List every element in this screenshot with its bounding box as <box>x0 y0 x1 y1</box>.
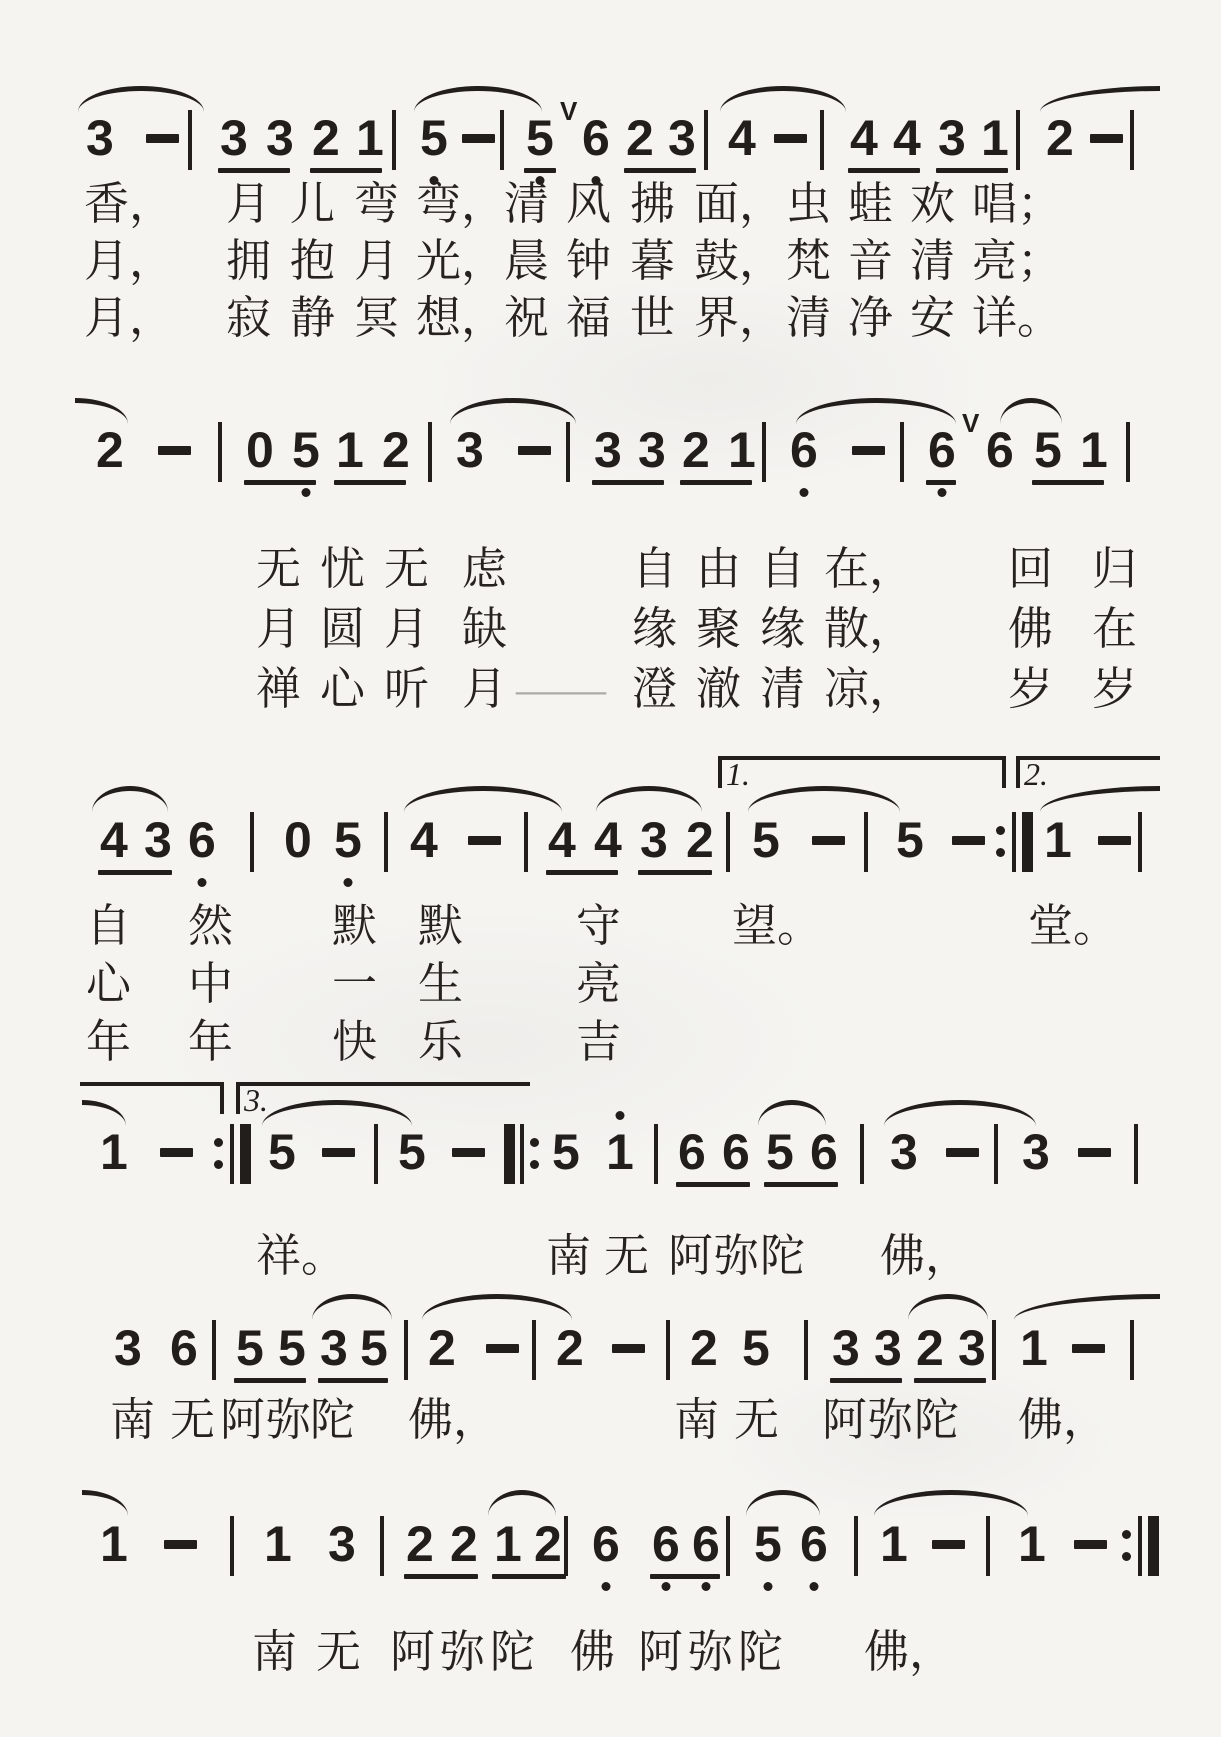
barline <box>854 1516 858 1576</box>
lyric-char: 乐 <box>418 1018 463 1066</box>
repeat-dot <box>996 826 1005 835</box>
note-digit: 3 <box>114 1322 142 1374</box>
slur <box>884 1100 1036 1126</box>
note-digit: 3 <box>638 424 666 476</box>
underline-beam <box>1032 480 1104 485</box>
low-octave-dot <box>701 1582 710 1591</box>
note-digit: 6 <box>692 1518 720 1570</box>
repeat-dot <box>214 1160 223 1169</box>
note-digit: 1 <box>494 1518 522 1570</box>
duration-dash <box>612 1344 645 1353</box>
note-digit: 3 <box>594 424 622 476</box>
duration-dash <box>812 836 845 845</box>
lyric-char: 生 <box>418 960 463 1008</box>
lyric-char: 亮； <box>972 237 1062 285</box>
note-digit: 3 <box>874 1322 902 1374</box>
lyric-char: 虫 <box>786 180 831 228</box>
lyric-char: 净 <box>848 294 893 342</box>
note-digit: 2 <box>626 112 654 164</box>
duration-dash <box>932 1540 965 1549</box>
underline-beam <box>318 1378 388 1383</box>
underline-beam <box>244 480 316 485</box>
note-digit: 5 <box>420 112 448 164</box>
note-digit: 2 <box>312 112 340 164</box>
lyric-char: 月 <box>226 180 271 228</box>
note-digit: 5 <box>1034 424 1062 476</box>
lyric-char: 月 <box>256 605 301 653</box>
lyric-char: 堂。 <box>1028 902 1118 950</box>
note-digit: 1 <box>100 1126 128 1178</box>
barline <box>564 1516 568 1576</box>
duration-dash <box>774 134 807 143</box>
lyric-char: 聚 <box>696 605 741 653</box>
underline-beam <box>848 168 920 173</box>
lyric-char: 陀 <box>738 1628 783 1676</box>
lyric-char: 陀 <box>914 1396 959 1444</box>
barline <box>1130 1320 1134 1380</box>
underline-beam <box>914 1378 986 1383</box>
lyric-char: 详。 <box>972 294 1062 342</box>
duration-dash <box>158 446 191 455</box>
duration-dash <box>146 134 179 143</box>
note-digit: 2 <box>96 424 124 476</box>
underline-beam <box>98 870 172 875</box>
slur <box>75 398 128 424</box>
note-digit: 4 <box>100 814 128 866</box>
underline-beam <box>936 168 1008 173</box>
barline <box>250 812 254 872</box>
underline-beam <box>764 1182 838 1187</box>
lyric-char: 归 <box>1092 545 1137 593</box>
note-digit: 3 <box>938 112 966 164</box>
lyric-char: 默 <box>332 902 377 950</box>
repeat-dot <box>1122 1552 1131 1561</box>
lyric-char: 陀 <box>760 1232 805 1280</box>
lyric-char: 守 <box>576 902 621 950</box>
lyric-char: 陀 <box>490 1628 535 1676</box>
duration-dash <box>468 836 501 845</box>
barline <box>900 422 904 482</box>
lyric-char: 拂 <box>630 180 675 228</box>
duration-dash <box>452 1148 485 1157</box>
lyric-char: 默 <box>418 902 463 950</box>
lyric-char: 世 <box>630 294 675 342</box>
repeat-dot <box>530 1160 539 1169</box>
repeat-end-thick-bar <box>240 1124 251 1184</box>
duration-dash <box>952 836 985 845</box>
slur <box>908 1294 988 1320</box>
lyric-char: 南 <box>546 1232 591 1280</box>
underline-beam <box>334 480 406 485</box>
lyric-char: 鼓， <box>694 237 784 285</box>
slur <box>78 86 204 112</box>
lyric-char: 暮 <box>630 237 675 285</box>
duration-dash <box>946 1148 979 1157</box>
slur <box>1040 86 1160 112</box>
note-digit: 5 <box>766 1126 794 1178</box>
duration-dash <box>1074 1540 1107 1549</box>
slur <box>796 398 956 424</box>
lyric-char: 澈 <box>696 665 741 713</box>
lyric-char: 清 <box>504 180 549 228</box>
lyric-char: 佛 <box>1008 605 1053 653</box>
barline <box>218 422 222 482</box>
low-octave-dot <box>661 1582 670 1591</box>
note-digit: 3 <box>1022 1126 1050 1178</box>
note-digit: 6 <box>928 424 956 476</box>
low-octave-dot <box>601 1582 610 1591</box>
barline <box>762 422 766 482</box>
volta-left-tick <box>1016 756 1020 788</box>
lyric-char: 钟 <box>566 237 611 285</box>
note-digit: 3 <box>958 1322 986 1374</box>
lyric-char: 听 <box>384 665 429 713</box>
duration-dash <box>160 1148 193 1157</box>
note-digit: 3 <box>640 814 668 866</box>
note-digit: 4 <box>850 112 878 164</box>
lyric-char: 快 <box>332 1018 377 1066</box>
underline-beam <box>638 870 712 875</box>
lyric-char: 月， <box>84 237 174 285</box>
lyric-char: 在， <box>824 545 914 593</box>
note-digit: 5 <box>360 1322 388 1374</box>
note-digit: 5 <box>752 814 780 866</box>
lyric-char: 安 <box>910 294 955 342</box>
repeat-end-thin-bar <box>1012 812 1016 872</box>
note-digit: 6 <box>722 1126 750 1178</box>
lyric-char: 佛 <box>570 1628 615 1676</box>
repeat-start-thin-bar <box>520 1124 524 1184</box>
slur <box>874 1490 1028 1516</box>
note-digit: 2 <box>682 424 710 476</box>
barline <box>1130 110 1134 170</box>
note-digit: 5 <box>292 424 320 476</box>
lyric-char: 月， <box>84 294 174 342</box>
lyric-char: 清 <box>760 665 805 713</box>
lyric-char: 唱； <box>972 180 1062 228</box>
lyric-char: 无 <box>256 545 301 593</box>
lyric-char: 由 <box>696 545 741 593</box>
lyric-char: 亮 <box>576 960 621 1008</box>
volta-right-tick <box>220 1082 224 1114</box>
lyric-char: —— <box>516 665 606 713</box>
sheet-music-page: 3332155V623444312香，月儿弯弯，清风拂面，虫蛙欢唱；月，拥抱月光… <box>0 0 1221 1737</box>
barline <box>374 1124 378 1184</box>
lyric-char: 光， <box>416 237 506 285</box>
note-digit: 3 <box>328 1518 356 1570</box>
lyric-char: 阿 <box>220 1396 265 1444</box>
volta-left-tick <box>718 756 722 788</box>
note-digit: 2 <box>916 1322 944 1374</box>
underline-beam <box>234 1378 306 1383</box>
slur <box>82 1490 128 1516</box>
lyric-char: 欢 <box>910 180 955 228</box>
lyric-char: 佛， <box>1018 1396 1108 1444</box>
note-digit: 5 <box>552 1126 580 1178</box>
note-digit: 2 <box>534 1518 562 1570</box>
note-digit: 6 <box>810 1126 838 1178</box>
note-digit: 3 <box>266 112 294 164</box>
lyric-char: 佛， <box>408 1396 498 1444</box>
lyric-char: 弯 <box>354 180 399 228</box>
barline <box>566 422 570 482</box>
lyric-char: 凉， <box>824 665 914 713</box>
lyric-char: 月 <box>462 665 507 713</box>
note-digit: 1 <box>100 1518 128 1570</box>
lyric-char: 无 <box>734 1396 779 1444</box>
barline <box>666 1320 670 1380</box>
lyric-char: 弥 <box>440 1628 485 1676</box>
volta-label: 2. <box>1024 758 1048 790</box>
note-digit: 1 <box>981 112 1009 164</box>
lyric-char: 缺 <box>462 605 507 653</box>
underline-beam <box>680 480 752 485</box>
lyric-char: 冥 <box>354 294 399 342</box>
duration-dash <box>852 446 885 455</box>
underline-beam <box>310 168 382 173</box>
lyric-char: 一 <box>332 960 377 1008</box>
lyric-char: 岁 <box>1008 665 1053 713</box>
barline <box>654 1124 658 1184</box>
lyric-char: 拥 <box>226 237 271 285</box>
lyric-char: 然 <box>188 902 233 950</box>
note-digit: 1 <box>1020 1322 1048 1374</box>
lyric-char: 缘 <box>760 605 805 653</box>
lyric-char: 风 <box>566 180 611 228</box>
lyric-char: 回 <box>1008 545 1053 593</box>
low-octave-dot <box>799 488 808 497</box>
lyric-char: 虑 <box>462 545 507 593</box>
note-digit: 2 <box>690 1322 718 1374</box>
duration-dash <box>1090 134 1123 143</box>
barline <box>1138 812 1142 872</box>
lyric-char: 梵 <box>786 237 831 285</box>
barline <box>704 110 708 170</box>
lyric-char: 散， <box>824 605 914 653</box>
lyric-char: 中 <box>188 960 233 1008</box>
duration-dash <box>462 134 495 143</box>
lyric-char: 祝 <box>504 294 549 342</box>
low-octave-dot <box>343 878 352 887</box>
lyric-char: 南 <box>674 1396 719 1444</box>
note-digit: 2 <box>1046 112 1074 164</box>
breath-mark-icon: V <box>962 410 979 436</box>
barline <box>820 110 824 170</box>
lyric-char: 在 <box>1092 605 1137 653</box>
note-digit: 2 <box>428 1322 456 1374</box>
note-digit: 2 <box>556 1322 584 1374</box>
slur <box>422 1294 572 1320</box>
slur <box>488 1490 556 1516</box>
note-digit: 4 <box>410 814 438 866</box>
slur <box>414 86 542 112</box>
volta-label: 1. <box>726 758 750 790</box>
lyric-char: 阿 <box>390 1628 435 1676</box>
duration-dash <box>322 1148 355 1157</box>
underline-beam <box>218 168 290 173</box>
lyric-char: 圆 <box>320 605 365 653</box>
note-digit: 5 <box>526 112 554 164</box>
slur <box>720 86 846 112</box>
high-octave-dot <box>615 1111 624 1120</box>
slur <box>596 786 702 812</box>
note-digit: 1 <box>1044 814 1072 866</box>
barline <box>1134 1124 1138 1184</box>
barline <box>428 422 432 482</box>
lyric-char: 无 <box>316 1628 361 1676</box>
barline <box>392 110 396 170</box>
duration-dash <box>1072 1344 1105 1353</box>
note-digit: 6 <box>170 1322 198 1374</box>
repeat-end-thin-bar <box>230 1124 234 1184</box>
note-digit: 3 <box>144 814 172 866</box>
lyric-char: 年 <box>86 1018 131 1066</box>
note-digit: 2 <box>382 424 410 476</box>
lyric-char: 弥 <box>868 1396 913 1444</box>
underline-beam <box>676 1182 750 1187</box>
note-digit: 5 <box>334 814 362 866</box>
slur <box>1014 1294 1160 1320</box>
barline <box>986 1516 990 1576</box>
barline <box>994 1124 998 1184</box>
note-digit: 5 <box>398 1126 426 1178</box>
note-digit: 1 <box>880 1518 908 1570</box>
barline <box>404 1320 408 1380</box>
note-digit: 4 <box>548 814 576 866</box>
lyric-char: 阿 <box>668 1232 713 1280</box>
note-digit: 1 <box>728 424 756 476</box>
note-digit: 1 <box>336 424 364 476</box>
lyric-char: 阿 <box>822 1396 867 1444</box>
lyric-char: 缘 <box>632 605 677 653</box>
lyric-char: 望。 <box>732 902 822 950</box>
lyric-char: 想， <box>416 294 506 342</box>
note-digit: 3 <box>86 112 114 164</box>
breath-mark-icon: V <box>560 98 577 124</box>
note-digit: 3 <box>320 1322 348 1374</box>
volta-bracket <box>80 1082 224 1116</box>
lyric-char: 弥 <box>266 1396 311 1444</box>
underline-beam <box>546 870 618 875</box>
lyric-char: 澄 <box>632 665 677 713</box>
duration-dash <box>1078 1148 1111 1157</box>
volta-label: 3. <box>244 1084 268 1116</box>
low-octave-dot <box>763 1582 772 1591</box>
lyric-char: 自 <box>632 545 677 593</box>
lyric-char: 佛， <box>864 1628 954 1676</box>
lyric-char: 月 <box>384 605 429 653</box>
note-digit: 5 <box>742 1322 770 1374</box>
underline-beam <box>404 1574 478 1579</box>
lyric-char: 弯， <box>416 180 506 228</box>
lyric-char: 祥。 <box>256 1232 346 1280</box>
barline <box>1016 110 1020 170</box>
lyric-char: 月 <box>354 237 399 285</box>
barline <box>500 110 504 170</box>
note-digit: 6 <box>790 424 818 476</box>
volta-bracket: 3. <box>236 1082 530 1116</box>
slur <box>312 1294 392 1320</box>
note-digit: 3 <box>832 1322 860 1374</box>
duration-dash <box>164 1540 197 1549</box>
note-digit: 1 <box>1018 1518 1046 1570</box>
volta-bracket: 2. <box>1016 756 1160 790</box>
lyric-char: 陀 <box>310 1396 355 1444</box>
lyric-char: 岁 <box>1092 665 1137 713</box>
barline <box>230 1516 234 1576</box>
barline <box>864 812 868 872</box>
lyric-char: 晨 <box>504 237 549 285</box>
barline <box>524 812 528 872</box>
note-digit: 5 <box>268 1126 296 1178</box>
lyric-char: 寂 <box>226 294 271 342</box>
barline <box>1126 422 1130 482</box>
volta-left-tick <box>236 1082 240 1114</box>
barline <box>992 1320 996 1380</box>
lyric-char: 心 <box>320 665 365 713</box>
lyric-char: 面， <box>694 180 784 228</box>
note-digit: 5 <box>896 814 924 866</box>
note-digit: 6 <box>188 814 216 866</box>
slur <box>450 398 576 424</box>
note-digit: 6 <box>800 1518 828 1570</box>
lyric-char: 清 <box>910 237 955 285</box>
repeat-dot <box>996 848 1005 857</box>
lyric-char: 年 <box>188 1018 233 1066</box>
lyric-char: 南 <box>252 1628 297 1676</box>
lyric-char: 无 <box>170 1396 215 1444</box>
note-digit: 3 <box>668 112 696 164</box>
note-digit: 4 <box>594 814 622 866</box>
note-digit: 4 <box>728 112 756 164</box>
lyric-char: 蛙 <box>848 180 893 228</box>
slur <box>404 786 562 812</box>
repeat-start-thick-bar <box>504 1124 515 1184</box>
underline-beam <box>524 168 556 173</box>
slur <box>1000 398 1062 424</box>
lyric-char: 忧 <box>320 545 365 593</box>
note-digit: 2 <box>686 814 714 866</box>
repeat-end-thick-bar <box>1022 812 1033 872</box>
low-octave-dot <box>809 1582 818 1591</box>
note-digit: 1 <box>606 1126 634 1178</box>
note-digit: 6 <box>652 1518 680 1570</box>
note-digit: 6 <box>582 112 610 164</box>
barline <box>726 1516 730 1576</box>
note-digit: 3 <box>456 424 484 476</box>
note-digit: 0 <box>246 424 274 476</box>
lyric-char: 儿 <box>290 180 335 228</box>
note-digit: 6 <box>592 1518 620 1570</box>
volta-bracket: 1. <box>718 756 1006 790</box>
lyric-char: 无 <box>384 545 429 593</box>
underline-beam <box>624 168 696 173</box>
barline <box>804 1320 808 1380</box>
lyric-char: 弥 <box>688 1628 733 1676</box>
lyric-char: 吉 <box>576 1018 621 1066</box>
note-digit: 3 <box>890 1126 918 1178</box>
barline <box>384 812 388 872</box>
underline-beam <box>926 480 956 485</box>
repeat-dot <box>1122 1530 1131 1539</box>
barline <box>726 812 730 872</box>
note-digit: 2 <box>406 1518 434 1570</box>
repeat-end-thick-bar <box>1148 1516 1159 1576</box>
note-digit: 1 <box>1080 424 1108 476</box>
note-digit: 1 <box>356 112 384 164</box>
lyric-char: 南 <box>110 1396 155 1444</box>
note-digit: 6 <box>678 1126 706 1178</box>
